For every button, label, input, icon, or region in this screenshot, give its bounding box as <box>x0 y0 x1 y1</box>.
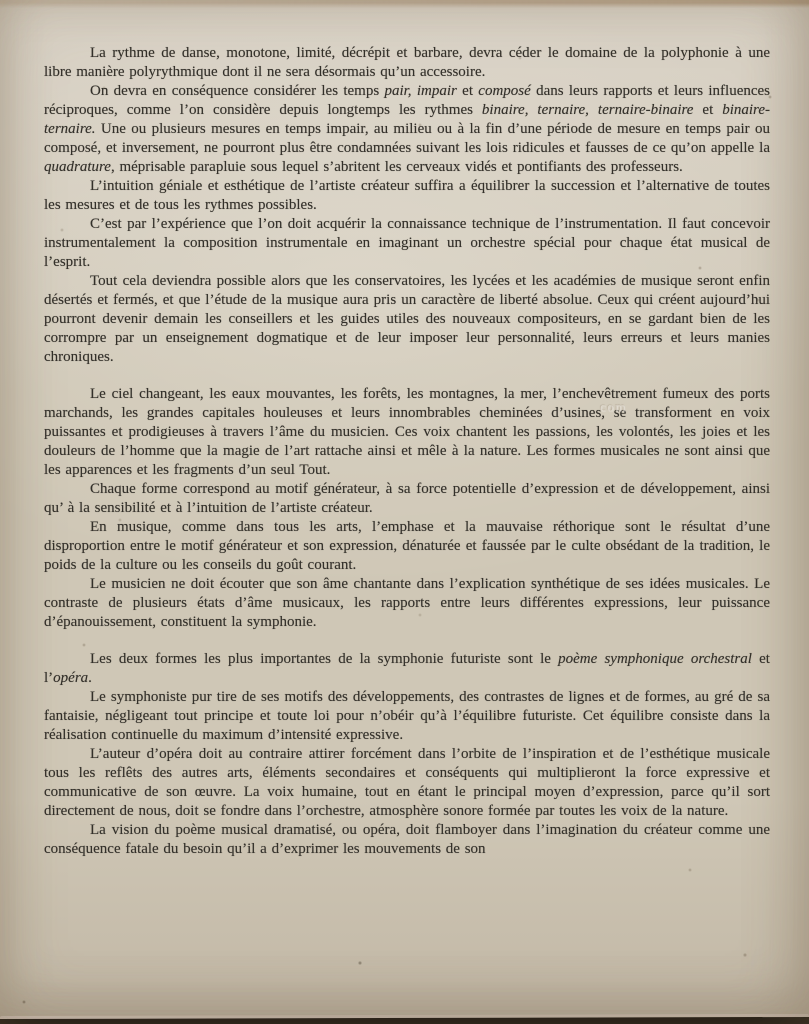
text-run: , méprisable parapluie sous lequel s’abr… <box>111 159 683 175</box>
italic-text-run: binaire, ternaire, ternaire-binaire <box>482 102 694 118</box>
page-bottom-shadow <box>0 1017 809 1024</box>
italic-text-run: quadrature <box>44 159 111 175</box>
text-run: Les deux formes les plus importantes de … <box>90 651 558 667</box>
paragraph: L’intuition géniale et esthétique de l’a… <box>44 177 770 215</box>
text-run: Chaque forme correspond au motif générat… <box>44 481 770 516</box>
paragraph: Les deux formes les plus importantes de … <box>44 650 770 688</box>
text-run: Une ou plusieurs mesures en temps impair… <box>44 121 770 156</box>
text-section: La rythme de danse, monotone, limité, dé… <box>44 44 770 367</box>
text-section: Les deux formes les plus importantes de … <box>44 650 770 859</box>
text-run: . <box>88 670 92 686</box>
page-top-edge <box>0 0 809 8</box>
text-run: On devra en conséquence considérer les t… <box>90 83 384 99</box>
text-run: et <box>457 83 478 99</box>
italic-text-run: composé <box>478 83 531 99</box>
paragraph: Le ciel changeant, les eaux mouvantes, l… <box>44 385 770 480</box>
paragraph: Le symphoniste pur tire de ses motifs de… <box>44 688 770 745</box>
text-run: C’est par l’expérience que l’on doit acq… <box>44 216 770 270</box>
paragraph: La rythme de danse, monotone, limité, dé… <box>44 44 770 82</box>
document-body: La rythme de danse, monotone, limité, dé… <box>44 44 770 859</box>
paragraph: Tout cela deviendra possible alors que l… <box>44 272 770 367</box>
text-run: L’intuition géniale et esthétique de l’a… <box>44 178 770 213</box>
paragraph: On devra en conséquence considérer les t… <box>44 82 770 177</box>
text-run: Tout cela deviendra possible alors que l… <box>44 273 770 365</box>
italic-text-run: pair, impair <box>384 83 456 99</box>
text-section: Le ciel changeant, les eaux mouvantes, l… <box>44 385 770 632</box>
text-run: Le symphoniste pur tire de ses motifs de… <box>44 689 770 743</box>
italic-text-run: opéra <box>53 670 88 686</box>
text-run: Le ciel changeant, les eaux mouvantes, l… <box>44 386 770 478</box>
text-run: Le musicien ne doit écouter que son âme … <box>44 576 770 630</box>
paragraph: C’est par l’expérience que l’on doit acq… <box>44 215 770 272</box>
paragraph: Chaque forme correspond au motif générat… <box>44 480 770 518</box>
text-run: L’auteur d’opéra doit au contraire attir… <box>44 746 770 819</box>
scanned-page: La rythme de danse, monotone, limité, dé… <box>0 0 809 1024</box>
paragraph: Le musicien ne doit écouter que son âme … <box>44 575 770 632</box>
text-run: et <box>693 102 722 118</box>
italic-text-run: poème symphonique orchestral <box>558 651 752 667</box>
text-run: La rythme de danse, monotone, limité, dé… <box>44 45 770 80</box>
paragraph: L’auteur d’opéra doit au contraire attir… <box>44 745 770 821</box>
paragraph: En musique, comme dans tous les arts, l’… <box>44 518 770 575</box>
text-run: La vision du poème musical dramatisé, ou… <box>44 822 770 857</box>
text-run: En musique, comme dans tous les arts, l’… <box>44 519 770 573</box>
paragraph: La vision du poème musical dramatisé, ou… <box>44 821 770 859</box>
